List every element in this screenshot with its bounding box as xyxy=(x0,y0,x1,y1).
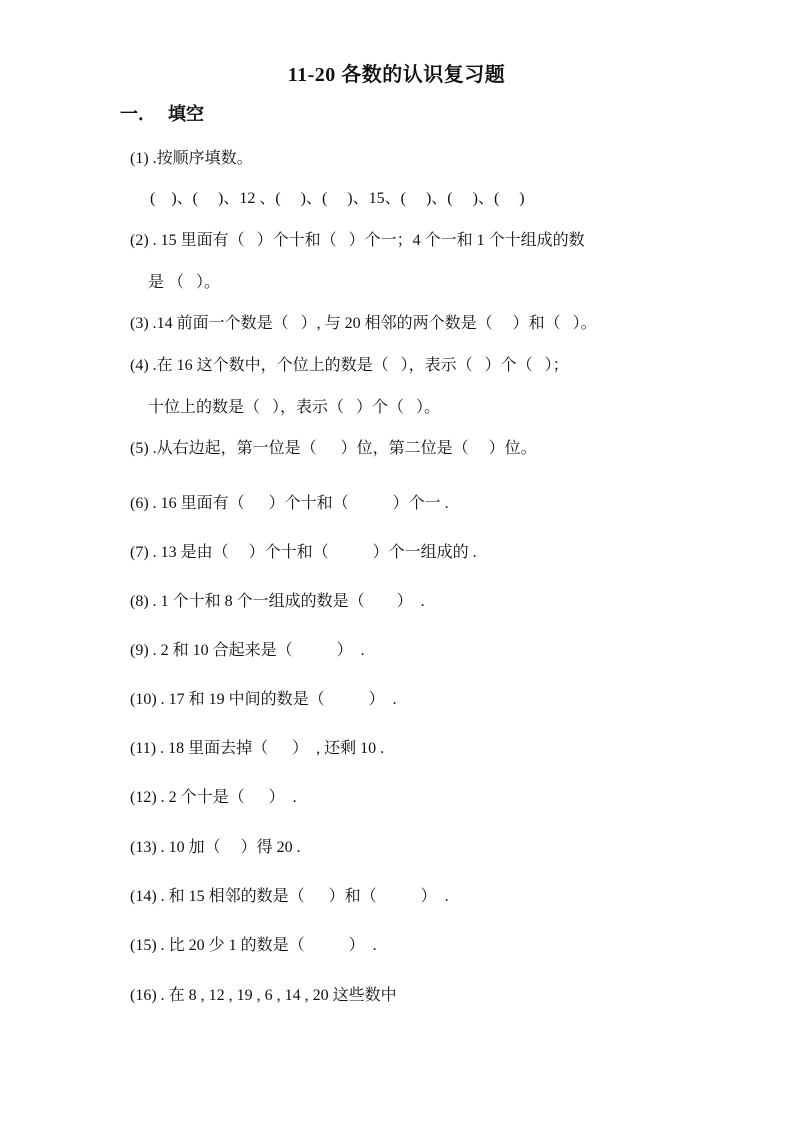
document-title: 11-20 各数的认识复习题 xyxy=(0,58,793,87)
question-q8: (8) . 1 个十和 8 个一组成的数是（ ） . xyxy=(130,588,425,611)
question-q9: (9) . 2 和 10 合起来是（ ） . xyxy=(130,637,365,660)
question-q13: (13) . 10 加（ ）得 20 . xyxy=(130,834,301,857)
question-q5: (5) .从右边起，第一位是（ ）位，第二位是（ ）位。 xyxy=(130,435,537,458)
question-q2: (2) . 15 里面有（ ）个十和（ ）个一；4 个一和 1 个十组成的数 xyxy=(130,227,585,250)
question-q11: (11) . 18 里面去掉（ ） , 还剩 10 . xyxy=(130,735,384,758)
question-q1b: ( )、( )、12 、( )、( )、15、( )、( )、( ) xyxy=(150,185,525,208)
question-q7: (7) . 13 是由（ ）个十和（ ）个一组成的 . xyxy=(130,539,477,562)
question-q1: (1) .按顺序填数。 xyxy=(130,145,253,168)
section-number: 一． xyxy=(120,100,168,126)
section-label: 填空 xyxy=(168,104,204,125)
question-q12: (12) . 2 个十是（ ） . xyxy=(130,784,297,807)
question-q16: (16) . 在 8 , 12 , 19 , 6 , 14 , 20 这些数中 xyxy=(130,982,397,1005)
question-q14: (14) . 和 15 相邻的数是（ ）和（ ） . xyxy=(130,883,449,906)
question-q4: (4) .在 16 这个数中，个位上的数是（ ），表示（ ）个（ ）； xyxy=(130,352,569,375)
section-heading: 一．填空 xyxy=(120,100,204,126)
question-q10: (10) . 17 和 19 中间的数是（ ） . xyxy=(130,686,397,709)
question-q6: (6) . 16 里面有（ ）个十和（ ）个一 . xyxy=(130,490,449,513)
question-q3: (3) .14 前面一个数是（ ）, 与 20 相邻的两个数是（ ）和（ ）。 xyxy=(130,310,597,333)
question-q4b: 十位上的数是（ ），表示（ ）个（ ）。 xyxy=(148,394,440,417)
question-q2b: 是 （ ）。 xyxy=(148,269,220,292)
question-q15: (15) . 比 20 少 1 的数是（ ） . xyxy=(130,932,377,955)
